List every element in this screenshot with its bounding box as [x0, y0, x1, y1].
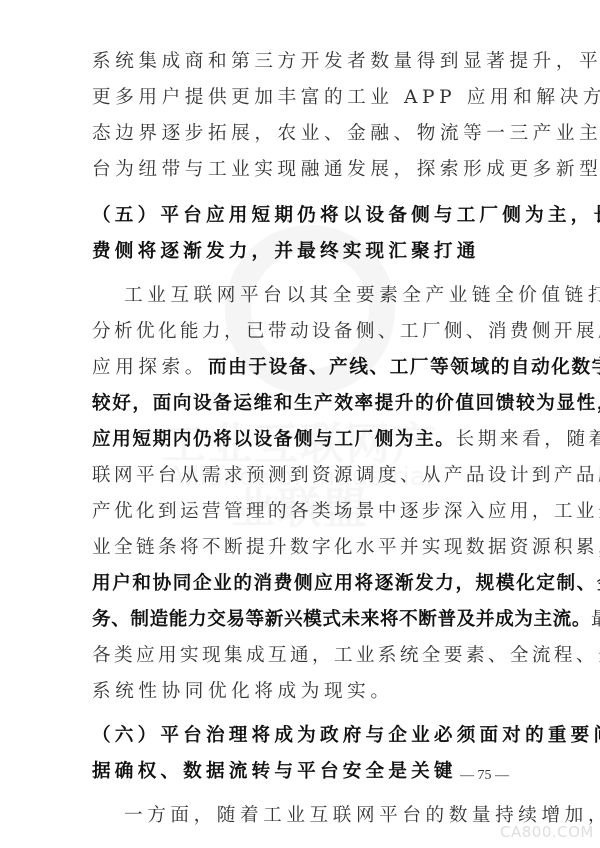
text-line: 各类应用实现集成互通，工业系统全要素、全流程、全生命周期 — [92, 638, 512, 674]
section-heading: 费侧将逐渐发力，并最终实现汇聚打通 — [92, 234, 512, 270]
document-page: 工业互联网产业联盟 Alliance of Industrial Interne… — [0, 0, 600, 848]
text-bold: 较好，面向设备运维和生产效率提升的价值回馈较为显性，平台 — [92, 393, 600, 414]
text-line: 产优化到运营管理的各类场景中逐步深入应用，工业全流程、产 — [92, 494, 512, 530]
text-line: 业全链条将不断提升数字化水平并实现数据资源积累，面向产品、 — [92, 530, 512, 566]
text-normal: 系统性协同优化将成为现实。 — [92, 681, 394, 702]
text-line: 联网平台从需求预测到资源调度、从产品设计到产品服务、从生 — [92, 458, 512, 494]
text-line: 分析优化能力，已带动设备侧、工厂侧、消费侧开展广泛智能化 — [92, 314, 512, 350]
text-bold: 应用短期内仍将以设备侧与工厂侧为主。 — [92, 429, 456, 450]
text-normal: 工业互联网平台以其全要素全产业链全价值链打通集成和 — [124, 285, 600, 306]
text-normal: 产优化到运营管理的各类场景中逐步深入应用，工业全流程、产 — [92, 501, 600, 522]
page-number: — 75 — — [460, 768, 509, 784]
text-line: 用户和协同企业的消费侧应用将逐渐发力，规模化定制、金融服 — [92, 566, 512, 602]
text-normal: 各类应用实现集成互通，工业系统全要素、全流程、全生命周期 — [92, 645, 600, 666]
section-heading: （六）平台治理将成为政府与企业必须面对的重要问题，数 — [92, 718, 512, 754]
text-normal: 业全链条将不断提升数字化水平并实现数据资源积累， — [92, 537, 600, 558]
text-normal: 联网平台从需求预测到资源调度、从产品设计到产品服务、从生 — [92, 465, 600, 486]
section-heading: （五）平台应用短期仍将以设备侧与工厂侧为主，长期看消 — [92, 198, 512, 234]
text-line: 台为纽带与工业实现融通发展，探索形成更多新型合作模式。 — [92, 152, 512, 188]
text-normal: 分析优化能力，已带动设备侧、工厂侧、消费侧开展广泛智能化 — [92, 321, 600, 342]
text-line: 系统集成商和第三方开发者数量得到显著提升，平台能够为 — [92, 44, 512, 80]
text-normal: 应用探索。 — [92, 357, 208, 378]
text-line: 更多用户提供更加丰富的工业 APP 应用和解决方案。三是生 — [92, 80, 512, 116]
text-normal: 最终， — [591, 609, 600, 630]
text-line: 工业互联网平台以其全要素全产业链全价值链打通集成和 — [124, 278, 544, 314]
text-line: 务、制造能力交易等新兴模式未来将不断普及并成为主流。最终， — [92, 602, 512, 638]
text-line: 较好，面向设备运维和生产效率提升的价值回馈较为显性，平台 — [92, 386, 512, 422]
text-bold: 而由于设备、产线、工厂等领域的自动化数字化基础 — [208, 357, 600, 378]
site-watermark: CA800.COM — [500, 823, 594, 841]
text-line: 应用探索。而由于设备、产线、工厂等领域的自动化数字化基础 — [92, 350, 512, 386]
text-line: 应用短期内仍将以设备侧与工厂侧为主。长期来看，随着工业互 — [92, 422, 512, 458]
text-line: 系统性协同优化将成为现实。 — [92, 674, 512, 710]
text-line: 态边界逐步拓展，农业、金融、物流等一三产业主体将以平 — [92, 116, 512, 152]
text-line: 一方面，随着工业互联网平台的数量持续增加，服务对象规 — [124, 798, 544, 834]
text-normal: 长期来看，随着工业互 — [456, 429, 600, 450]
text-bold: 务、制造能力交易等新兴模式未来将不断普及并成为主流。 — [92, 609, 591, 630]
section-heading: 据确权、数据流转与平台安全是关键 — [92, 754, 512, 790]
text-bold: 用户和协同企业的消费侧应用将逐渐发力，规模化定制、金融服 — [92, 573, 600, 594]
